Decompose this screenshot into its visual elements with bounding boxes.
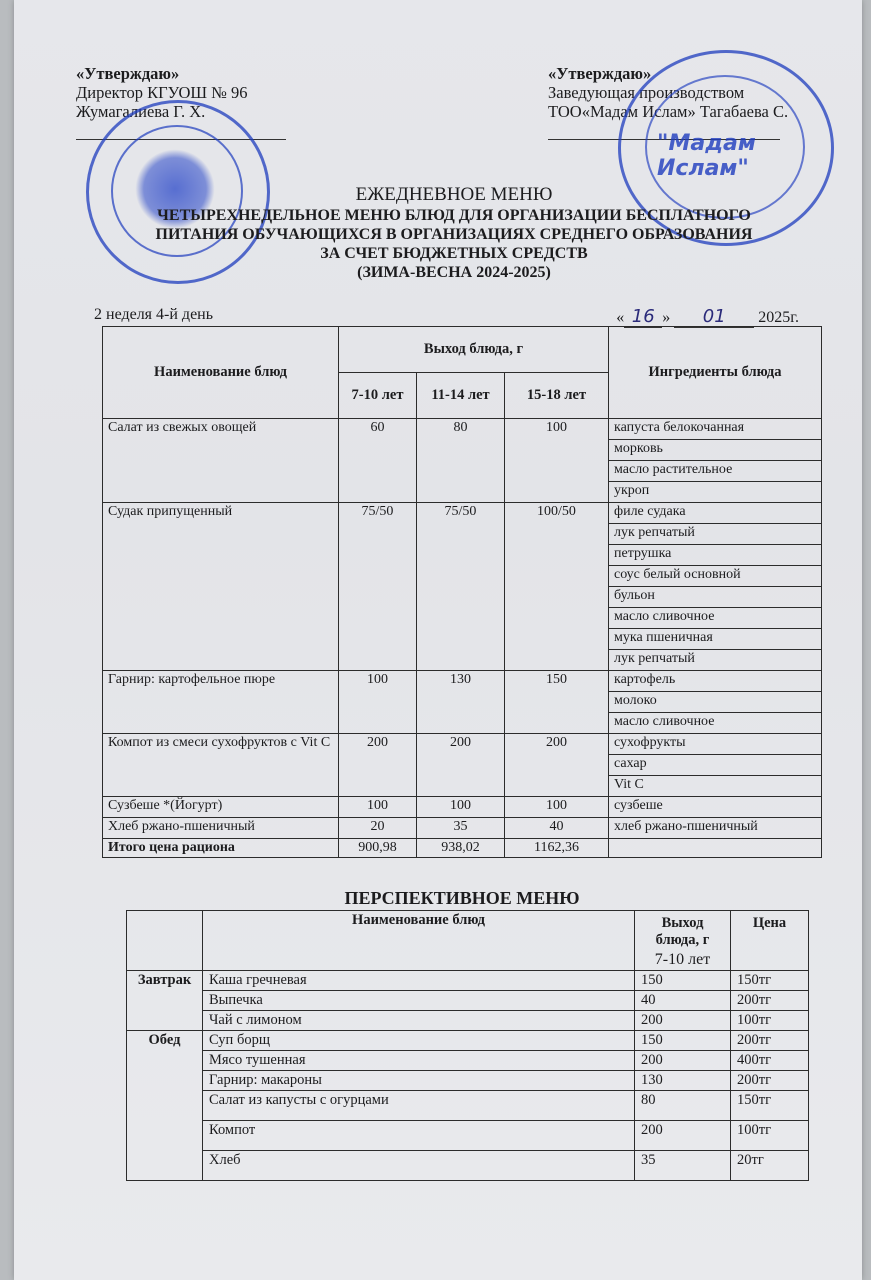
yield-7-10: 60 — [339, 419, 417, 503]
dish-name: Каша гречневая — [203, 971, 635, 991]
document-page: «Утверждаю» Директор КГУОШ № 96 Жумагали… — [14, 0, 862, 1280]
total-15-18: 1162,36 — [505, 839, 609, 858]
col-header-age-7-10: 7-10 лет — [339, 373, 417, 419]
yield-11-14: 35 — [417, 818, 505, 839]
yield-15-18: 200 — [505, 734, 609, 797]
yield-11-14: 100 — [417, 797, 505, 818]
dish-yield: 200 — [635, 1011, 731, 1031]
yield-15-18: 150 — [505, 671, 609, 734]
table-row: Сузбеше *(Йогурт)100100100сузбеше — [103, 797, 822, 818]
dish-name: Салат из капусты с огурцами — [203, 1091, 635, 1121]
dish-yield: 200 — [635, 1121, 731, 1151]
dish-yield: 200 — [635, 1051, 731, 1071]
document-title: ЕЖЕДНЕВНОЕ МЕНЮ — [74, 185, 834, 204]
ingredient: хлеб ржано-пшеничный — [609, 818, 822, 839]
dish-price: 100тг — [731, 1121, 809, 1151]
dish-name: Чай с лимоном — [203, 1011, 635, 1031]
dish-name: Салат из свежых овощей — [103, 419, 339, 503]
date-field: «16» 01 2025г. — [616, 306, 799, 328]
col-header-age: 7-10 лет — [635, 950, 731, 971]
document-title-block: ЕЖЕДНЕВНОЕ МЕНЮ ЧЕТЫРЕХНЕДЕЛЬНОЕ МЕНЮ БЛ… — [74, 185, 834, 282]
ingredient: капуста белокочанная — [609, 419, 822, 440]
dish-price: 200тг — [731, 991, 809, 1011]
daily-menu-table: Наименование блюд Выход блюда, г Ингреди… — [102, 326, 822, 858]
subtitle-line: ЧЕТЫРЕХНЕДЕЛЬНОЕ МЕНЮ БЛЮД ДЛЯ ОРГАНИЗАЦ… — [74, 206, 834, 225]
dish-price: 150тг — [731, 1091, 809, 1121]
date-day: 16 — [624, 306, 662, 328]
ingredient: картофель — [609, 671, 822, 692]
perspective-menu-title: ПЕРСПЕКТИВНОЕ МЕНЮ — [102, 888, 822, 909]
dish-name: Компот из смеси сухофруктов с Vit C — [103, 734, 339, 797]
total-11-14: 938,02 — [417, 839, 505, 858]
total-label: Итого цена рациона — [103, 839, 339, 858]
table-row: Хлеб3520тг — [127, 1151, 809, 1181]
ingredient: лук репчатый — [609, 650, 822, 671]
dish-price: 400тг — [731, 1051, 809, 1071]
dish-name: Хлеб — [203, 1151, 635, 1181]
dish-name: Хлеб ржано-пшеничный — [103, 818, 339, 839]
dish-name: Выпечка — [203, 991, 635, 1011]
week-date-row: 2 неделя 4-й день «16» 01 2025г. — [94, 306, 799, 324]
yield-7-10: 200 — [339, 734, 417, 797]
date-quote: » — [662, 309, 670, 326]
yield-15-18: 100 — [505, 797, 609, 818]
table-row: Хлеб ржано-пшеничный203540хлеб ржано-пше… — [103, 818, 822, 839]
ingredient: масло сливочное — [609, 608, 822, 629]
subtitle-line: ЗА СЧЕТ БЮДЖЕТНЫХ СРЕДСТВ — [74, 244, 834, 263]
ingredient: петрушка — [609, 545, 822, 566]
ingredient: масло растительное — [609, 461, 822, 482]
dish-name: Судак припущенный — [103, 503, 339, 671]
dish-price: 200тг — [731, 1071, 809, 1091]
dish-yield: 150 — [635, 1031, 731, 1051]
table-row: Компот из смеси сухофруктов с Vit C20020… — [103, 734, 822, 755]
dish-name: Мясо тушенная — [203, 1051, 635, 1071]
col-header-meal — [127, 911, 203, 971]
dish-name: Гарнир: картофельное пюре — [103, 671, 339, 734]
yield-7-10: 75/50 — [339, 503, 417, 671]
dish-price: 150тг — [731, 971, 809, 991]
dish-price: 100тг — [731, 1011, 809, 1031]
yield-15-18: 100 — [505, 419, 609, 503]
col-header-age-15-18: 15-18 лет — [505, 373, 609, 419]
yield-7-10: 20 — [339, 818, 417, 839]
subtitle-line: (ЗИМА-ВЕСНА 2024-2025) — [74, 263, 834, 282]
yield-7-10: 100 — [339, 671, 417, 734]
approval-heading: «Утверждаю» — [76, 64, 286, 83]
table-row: Выпечка40200тг — [127, 991, 809, 1011]
col-header-price: Цена — [731, 911, 809, 971]
table-row: Компот200100тг — [127, 1121, 809, 1151]
ingredient: укроп — [609, 482, 822, 503]
table-row: Чай с лимоном200100тг — [127, 1011, 809, 1031]
yield-11-14: 130 — [417, 671, 505, 734]
perspective-menu-table: Наименование блюд Выход блюда, г Цена 7-… — [126, 910, 809, 1181]
yield-11-14: 75/50 — [417, 503, 505, 671]
col-header-yield: Выход блюда, г — [339, 327, 609, 373]
dish-name: Сузбеше *(Йогурт) — [103, 797, 339, 818]
ingredient: сузбеше — [609, 797, 822, 818]
ingredient: морковь — [609, 440, 822, 461]
subtitle-line: ПИТАНИЯ ОБУЧАЮЩИХСЯ В ОРГАНИЗАЦИЯХ СРЕДН… — [74, 225, 834, 244]
date-suffix: г. — [790, 309, 799, 326]
dish-yield: 80 — [635, 1091, 731, 1121]
ingredient: соус белый основной — [609, 566, 822, 587]
ingredient: мука пшеничная — [609, 629, 822, 650]
table-row: Гарнир: картофельное пюре100130150картоф… — [103, 671, 822, 692]
col-header-yield: Выход блюда, г — [635, 911, 731, 951]
table-row: ОбедСуп борщ150200тг — [127, 1031, 809, 1051]
dish-yield: 40 — [635, 991, 731, 1011]
dish-yield: 35 — [635, 1151, 731, 1181]
dish-name: Суп борщ — [203, 1031, 635, 1051]
col-header-age-11-14: 11-14 лет — [417, 373, 505, 419]
yield-15-18: 40 — [505, 818, 609, 839]
ingredient: лук репчатый — [609, 524, 822, 545]
col-header-dish: Наименование блюд — [203, 911, 635, 971]
ingredient: сухофрукты — [609, 734, 822, 755]
meal-name: Завтрак — [127, 971, 203, 1031]
ingredient: молоко — [609, 692, 822, 713]
ingredient: филе судака — [609, 503, 822, 524]
total-row: Итого цена рациона900,98938,021162,36 — [103, 839, 822, 858]
col-header-ingredients: Ингредиенты блюда — [609, 327, 822, 419]
dish-yield: 150 — [635, 971, 731, 991]
yield-15-18: 100/50 — [505, 503, 609, 671]
total-empty — [609, 839, 822, 858]
yield-7-10: 100 — [339, 797, 417, 818]
dish-name: Гарнир: макароны — [203, 1071, 635, 1091]
date-quote: « — [616, 309, 624, 326]
dish-yield: 130 — [635, 1071, 731, 1091]
total-7-10: 900,98 — [339, 839, 417, 858]
meal-name: Обед — [127, 1031, 203, 1181]
week-day-label: 2 неделя 4-й день — [94, 306, 213, 323]
ingredient: масло сливочное — [609, 713, 822, 734]
ingredient: бульон — [609, 587, 822, 608]
table-row: Мясо тушенная200400тг — [127, 1051, 809, 1071]
dish-price: 20тг — [731, 1151, 809, 1181]
table-row: Судак припущенный75/5075/50100/50филе су… — [103, 503, 822, 524]
dish-name: Компот — [203, 1121, 635, 1151]
table-row: Салат из свежых овощей6080100капуста бел… — [103, 419, 822, 440]
table-row: Салат из капусты с огурцами80150тг — [127, 1091, 809, 1121]
col-header-dish: Наименование блюд — [103, 327, 339, 419]
ingredient: Vit C — [609, 776, 822, 797]
table-row: ЗавтракКаша гречневая150150тг — [127, 971, 809, 991]
date-month: 01 — [674, 306, 754, 328]
yield-11-14: 200 — [417, 734, 505, 797]
ingredient: сахар — [609, 755, 822, 776]
stamp-company-name: "Мадам Ислам" — [657, 131, 831, 181]
date-year: 2025 — [758, 309, 790, 326]
yield-11-14: 80 — [417, 419, 505, 503]
table-row: Гарнир: макароны130200тг — [127, 1071, 809, 1091]
dish-price: 200тг — [731, 1031, 809, 1051]
